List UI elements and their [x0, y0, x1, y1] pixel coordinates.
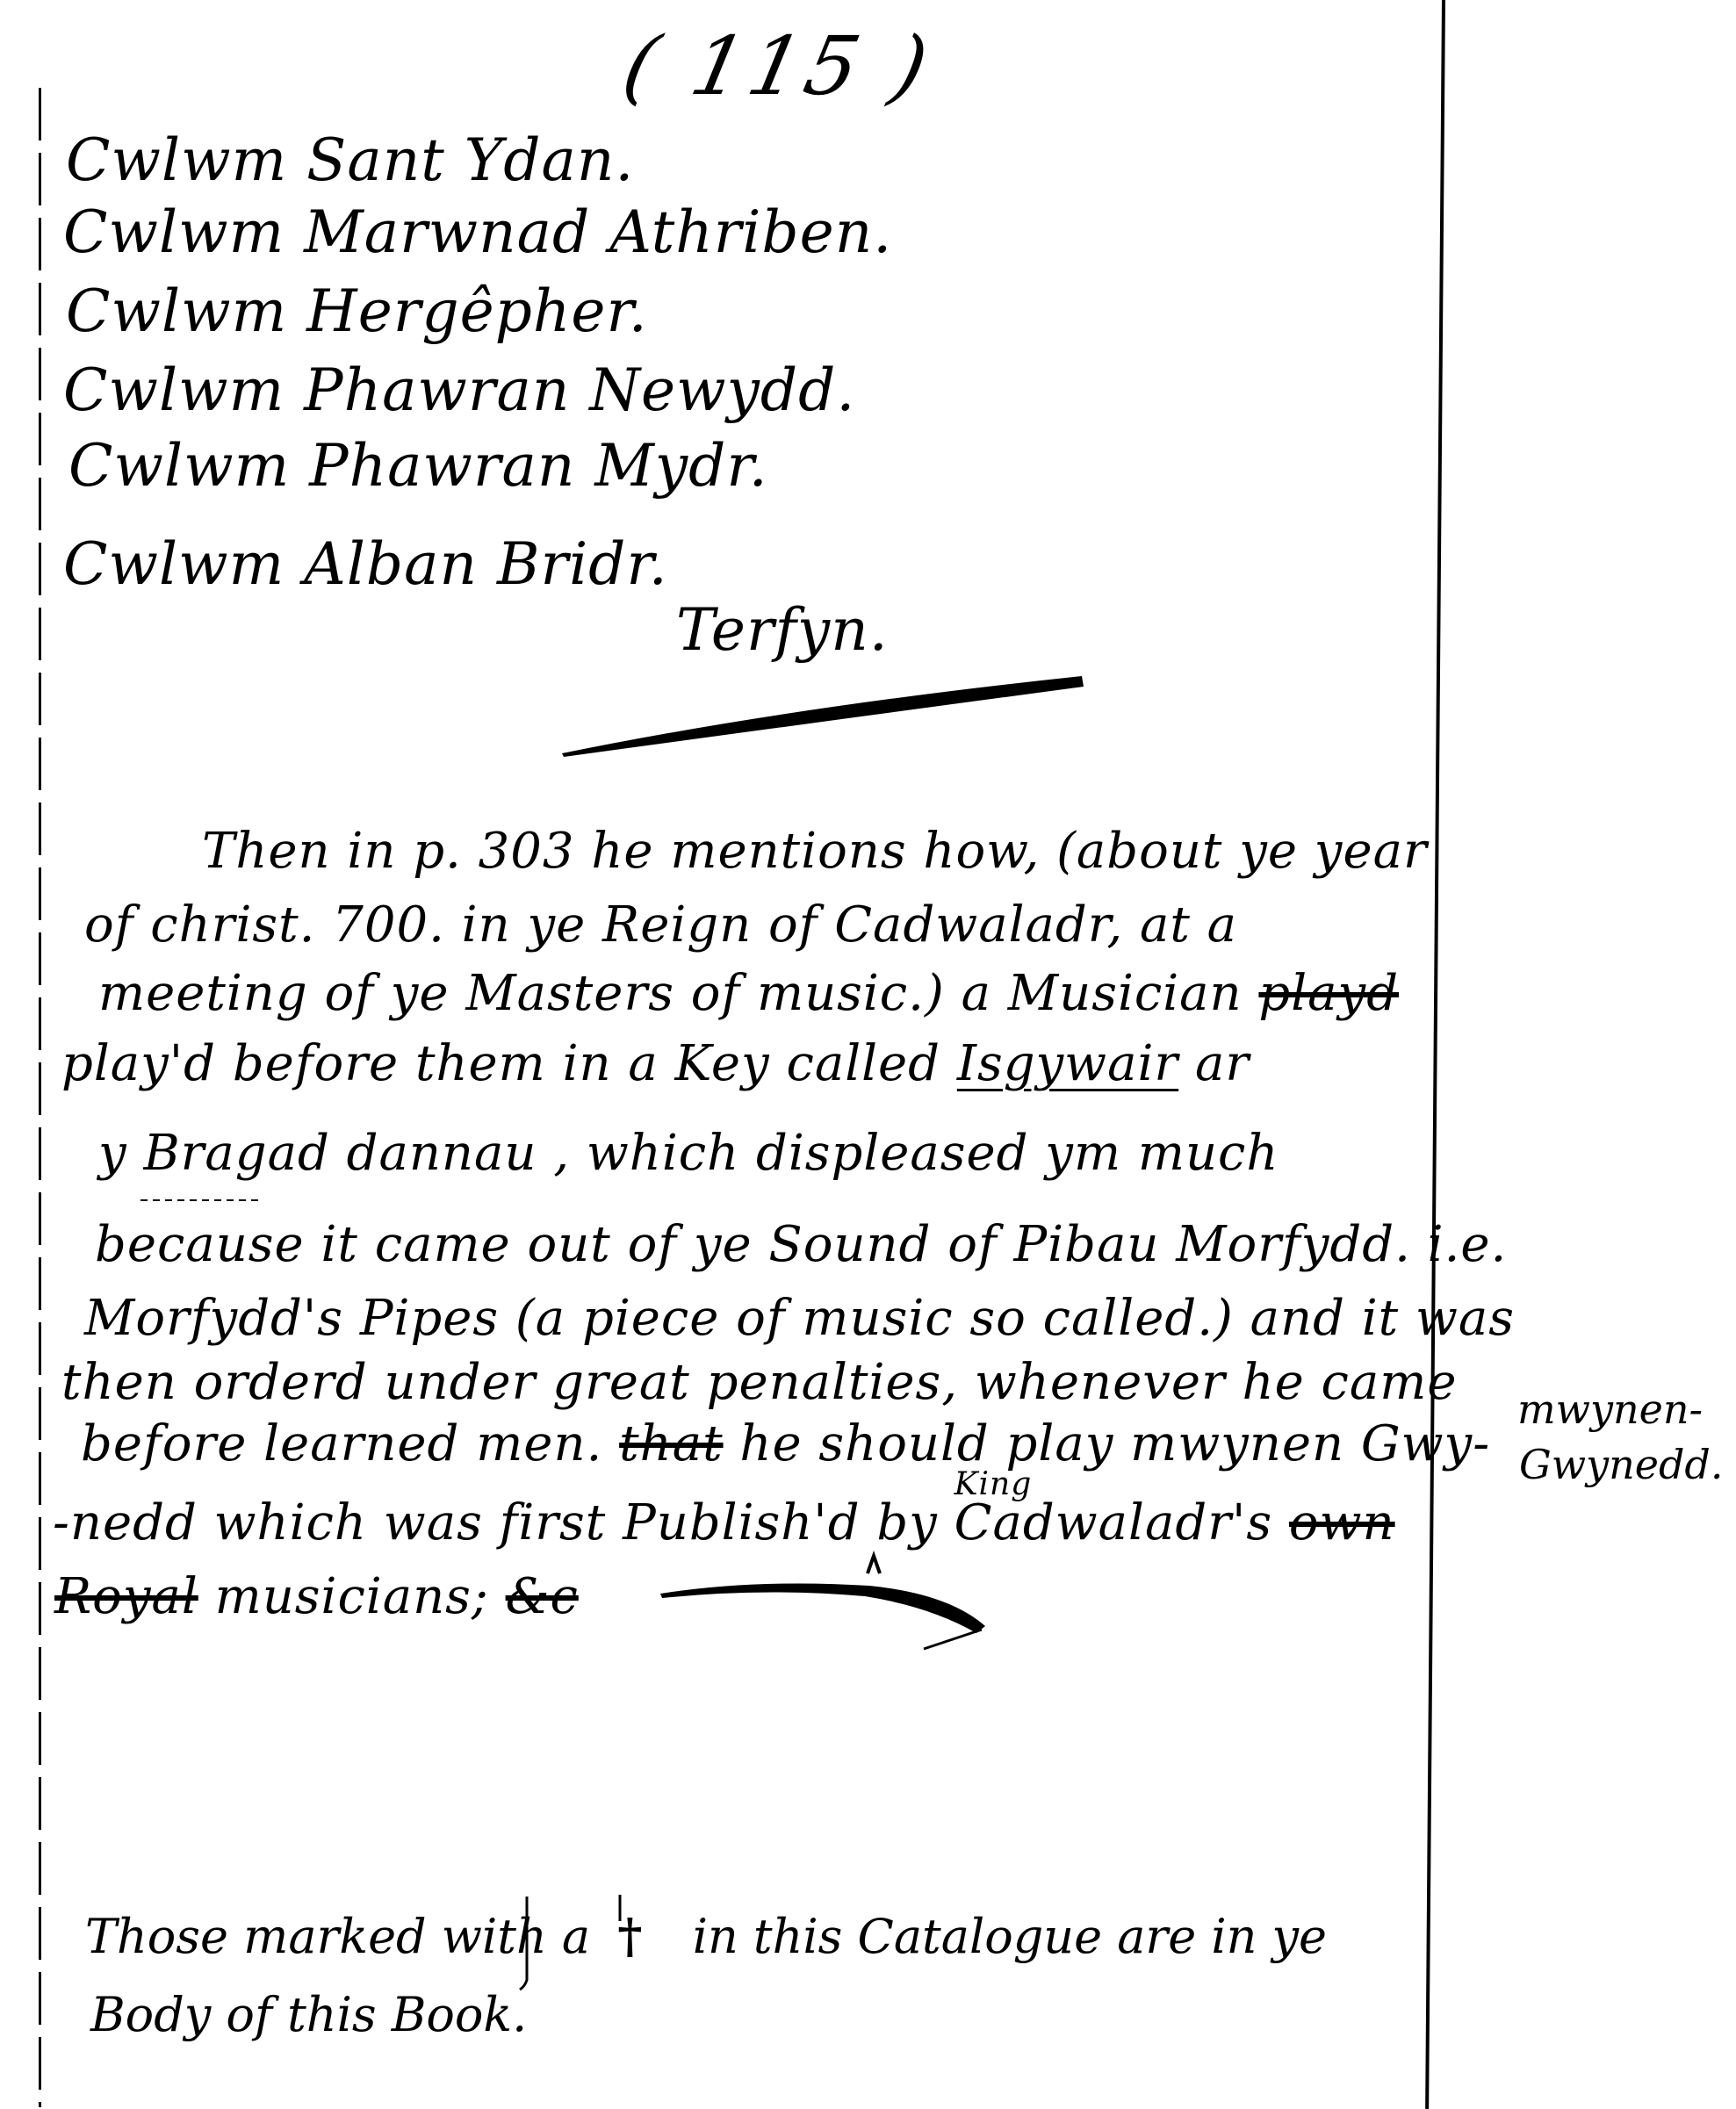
inserted-word: King [954, 1469, 1033, 1501]
closing-flourish-tail [924, 1630, 982, 1649]
paragraph-line: play'd before them in a Key called Isgyw… [61, 1040, 1250, 1089]
paragraph-text: play'd before them in a Key called [61, 1035, 940, 1092]
margin-note-line: mwynen- [1517, 1389, 1703, 1429]
catalogue-item: Cwlwm Phawran Newydd. [63, 362, 855, 420]
catalogue-item: Cwlwm Sant Ydan. [66, 132, 634, 190]
paragraph-line: meeting of ye Masters of music.) a Music… [98, 969, 1399, 1019]
struck-word: Royal [54, 1568, 198, 1625]
paragraph-text: Cadwaladr's [954, 1494, 1272, 1551]
insertion-caret [868, 1556, 880, 1573]
catalogue-item: Cwlwm Alban Bridr. [63, 536, 668, 594]
right-margin-rule [1425, 0, 1445, 2109]
paragraph-line: Morfydd's Pipes (a piece of music so cal… [84, 1294, 1515, 1343]
terfyn-flourish [562, 676, 1084, 757]
catalogue-end-word: Terfyn. [676, 601, 889, 659]
paragraph-line: before learned men. that he should play … [81, 1420, 1490, 1469]
left-margin-rule [39, 88, 41, 2107]
paragraph-text: -nedd which was first Publish'd by [53, 1494, 938, 1551]
paragraph-text: he should play mwynen Gwy- [739, 1415, 1490, 1472]
paragraph-line: -nedd which was first Publish'd by King … [53, 1499, 1395, 1548]
dagger-icon: † [617, 1908, 642, 1964]
struck-word: &c [506, 1568, 579, 1625]
page-number: ( 115 ) [616, 26, 939, 107]
catalogue-item: Cwlwm Hergêpher. [66, 283, 648, 341]
paragraph-line: because it came out of ye Sound of Pibau… [95, 1220, 1507, 1270]
paragraph-line: Royal musicians; &c [54, 1573, 579, 1622]
struck-word: own [1289, 1494, 1395, 1551]
manuscript-page: ( 115 ) Cwlwm Sant Ydan. Cwlwm Marwnad A… [0, 0, 1736, 2109]
paragraph-text: musicians; [215, 1568, 489, 1625]
footnote-text: in this Catalogue are in ye [693, 1909, 1327, 1964]
paragraph-line: Then in p. 303 he mentions how, (about y… [202, 827, 1428, 876]
footnote-line: Those marked with a † in this Catalogue … [85, 1912, 1327, 1961]
paragraph-line: of christ. 700. in ye Reign of Cadwaladr… [84, 901, 1237, 950]
insertion-group: King Cadwaladr's [954, 1499, 1272, 1548]
paragraph-text: before learned men. [81, 1415, 602, 1472]
struck-word: playd [1258, 965, 1399, 1022]
paragraph-text: meeting of ye Masters of music.) a Music… [98, 965, 1243, 1022]
catalogue-item: Cwlwm Phawran Mydr. [68, 437, 768, 495]
footnote-text: Those marked with a [85, 1909, 590, 1964]
paragraph-line: y Bragad dannau , which displeased ym mu… [98, 1129, 1279, 1178]
paragraph-text: ar [1195, 1035, 1250, 1092]
closing-flourish [660, 1583, 985, 1633]
footnote-line: Body of this Book. [90, 1991, 527, 2039]
struck-word: that [619, 1415, 723, 1472]
margin-note-line: Gwynedd. [1519, 1444, 1723, 1485]
key-name: Isgywair [957, 1035, 1178, 1092]
paragraph-line: then orderd under great penalties, whene… [61, 1358, 1458, 1407]
catalogue-item: Cwlwm Marwnad Athriben. [63, 204, 892, 262]
